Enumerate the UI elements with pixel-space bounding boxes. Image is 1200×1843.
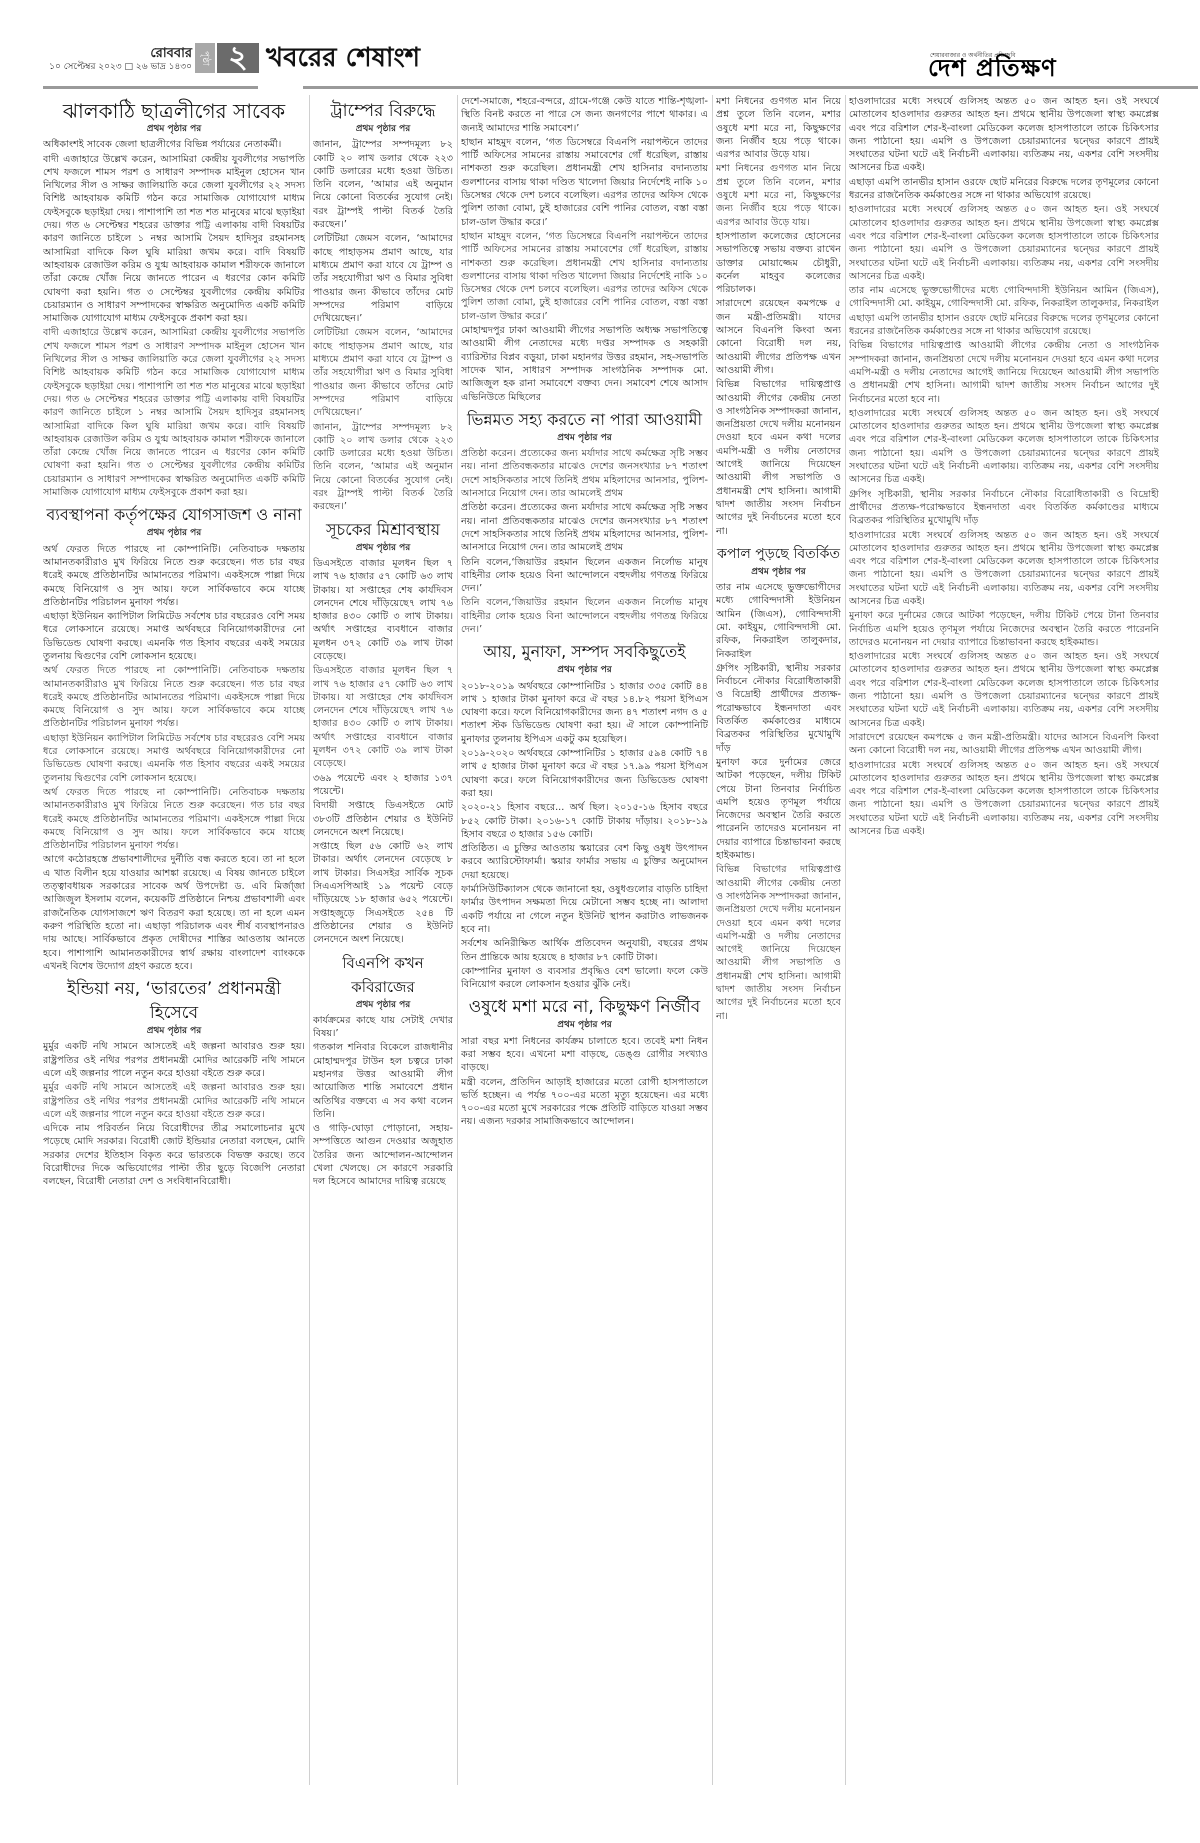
paragraph: হাওলাদারের মধ্যে সংঘর্ষে গুলিসহ অন্তত ৫০… <box>849 529 1159 609</box>
article-bnp: বিএনপি কখন কবিরাজের প্রথম পৃষ্ঠার পর কার… <box>313 951 453 1189</box>
article-byabosthapona: ব্যবস্থাপনা কর্তৃপক্ষের যোগসাজশ ও নানা প… <box>43 503 305 973</box>
paragraph: বিভিন্ন বিভাগের দায়িত্বপ্রাপ্ত আওয়ামী … <box>849 339 1159 405</box>
paragraph: আগে কঠোরহস্তে প্রভাবশালীদের দুর্নীতি বন্… <box>43 853 305 973</box>
continued-label: প্রথম পৃষ্ঠার পর <box>461 1019 708 1032</box>
paragraph: এদিকে নাম পরিবর্তন নিয়ে বিরোধীদের তীব্র… <box>43 1122 305 1188</box>
paragraph: হাওলাদারের মধ্যে সংঘর্ষে গুলিসহ অন্তত ৫০… <box>849 759 1159 839</box>
headline-trump: ট্রাম্পের বিরুদ্ধে <box>313 99 453 123</box>
paragraph: তিনি বলেন,‘জিয়াউর রহমান ছিলেন একজন নির্… <box>461 556 708 596</box>
continued-label: প্রথম পৃষ্ঠার পর <box>313 999 453 1012</box>
paragraph: মুনাফা করে দুর্নামের জেরে আটকা পড়েছেন, … <box>716 756 841 862</box>
header-rule-right <box>303 86 1198 89</box>
article-aay: আয়, মুনাফা, সম্পদ সবকিছুতেই প্রথম পৃষ্ঠ… <box>461 640 708 991</box>
column-divider <box>712 95 713 1785</box>
column-two: ট্রাম্পের বিরুদ্ধে প্রথম পৃষ্ঠার পর জানা… <box>313 95 453 1795</box>
paragraph: ২০২০-২১ হিসাব বছরে... অর্থ ছিল। ২০১৫-১৬ … <box>461 801 708 841</box>
headline-byabosthapona: ব্যবস্থাপনা কর্তৃপক্ষের যোগসাজশ ও নানা <box>43 503 305 527</box>
paragraph: হাওলাদারের মধ্যে সংঘর্ষে গুলিসহ অন্তত ৫০… <box>849 407 1159 487</box>
continued-label: প্রথম পৃষ্ঠার পর <box>313 123 453 136</box>
paragraph: গ্রুপিং সৃষ্টিকারী, স্থানীয় সরকার নির্ব… <box>716 662 841 755</box>
paragraph: হাওলাদারের মধ্যে সংঘর্ষে গুলিসহ অন্তত ৫০… <box>849 203 1159 283</box>
paragraph: ও গাড়ি-ঘোড়া পোড়ানো, সহায়-সম্পত্তিতে … <box>313 1122 453 1188</box>
column-three: দেশে-সমাজে, শহরে-বন্দরে, গ্রামে-গঞ্জে কে… <box>461 95 708 1795</box>
paragraph: অর্থ ফেরত দিতে পারছে না কোম্পানিটি। নেতি… <box>43 664 305 730</box>
paragraph: মশা নিধনের গুণগত মান নিয়ে প্রশ্ন তুলে ত… <box>716 162 841 228</box>
headline-aay: আয়, মুনাফা, সম্পদ সবকিছুতেই <box>461 640 708 664</box>
paragraph: হাসপাতাল কলেজের হোসেনের সভাপতিত্বে সভায়… <box>716 230 841 296</box>
column-four: মশা নিধনের গুণগত মান নিয়ে প্রশ্ন তুলে ত… <box>716 95 841 1795</box>
paragraph: গ্রুপিং সৃষ্টিকারী, স্থানীয় সরকার নির্ব… <box>849 488 1159 528</box>
paragraph: বিভিন্ন বিভাগের দায়িত্বপ্রাপ্ত আওয়ামী … <box>716 863 841 1023</box>
column-divider <box>457 95 458 1785</box>
column-right: হাওলাদারের মধ্যে সংঘর্ষে গুলিসহ অন্তত ৫০… <box>849 95 1159 1795</box>
paragraph: দেশে-সমাজে, শহরে-বন্দরে, গ্রামে-গঞ্জে কে… <box>461 95 708 135</box>
page-label: পৃষ্ঠা <box>195 43 215 73</box>
paragraph: এছাড়া ইউনিয়ন ক্যাপিটাল লিমিটেড সর্বশেষ… <box>43 732 305 785</box>
paragraph: মন্ত্রী বলেন, প্রতিদিন আড়াই হাজারের মতো… <box>461 1076 708 1129</box>
paragraph: তার নাম এসেছে ভুক্তভোগীদের মধ্যে গোবিন্দ… <box>849 284 1159 311</box>
article-suchok: সূচকের মিশ্রাবস্থায় প্রথম পৃষ্ঠার পর ডি… <box>313 518 453 947</box>
paragraph: প্রতিষ্ঠা করেন। প্রত্যেকের জন্য মর্যাদার… <box>461 501 708 554</box>
continued-label: প্রথম পৃষ্ঠার পর <box>313 542 453 555</box>
paragraph: বিভিন্ন বিভাগের দায়িত্বপ্রাপ্ত আওয়ামী … <box>716 378 841 538</box>
paragraph: মশা নিধনের গুণগত মান নিয়ে প্রশ্ন তুলে ত… <box>716 95 841 161</box>
paragraph: ডিএসইতে বাজার মূলধন ছিল ৭ লাখ ৭৬ হাজার ৫… <box>313 557 453 663</box>
paragraph: হাওলাদারের মধ্যে সংঘর্ষে গুলিসহ অন্তত ৫০… <box>849 95 1159 175</box>
article-koppal: কপাল পুড়ছে বিতর্কিত প্রথম পৃষ্ঠার পর তা… <box>716 542 841 1023</box>
paragraph: জানান, ট্রাম্পের সম্পদমূল্য ৮২ কোটি ২০ ল… <box>313 421 453 514</box>
article-india: ইন্ডিয়া নয়, ‘ভারতের’ প্রধানমন্ত্রী হিস… <box>43 977 305 1189</box>
paragraph: বাদী এজাহারে উল্লেখ করেন, আসামিরা কেন্দ্… <box>43 326 305 499</box>
headline-jhalokathi: ঝালকাঠি ছাত্রলীগের সাবেক <box>43 99 305 123</box>
paragraph: কোম্পানির মুনাফা ও ব্যবসার প্রবৃদ্ধিও বে… <box>461 965 708 992</box>
paragraph: লেটিটিয়া জেমস বলেন, ‘আমাদের কাছে পাহাড়… <box>313 232 453 325</box>
article-oshudhe: ওষুধে মশা মরে না, কিছুক্ষণ নির্জীব প্রথম… <box>461 995 708 1128</box>
paragraph: হাওলাদারের মধ্যে সংঘর্ষে গুলিসহ অন্তত ৫০… <box>849 650 1159 730</box>
headline-bhinnomot: ভিন্নমত সহ্য করতে না পারা আওয়ামী <box>461 408 708 432</box>
paragraph: হাছান মাহমুদ বলেন, ‘গত ডিসেম্বরে বিএনপি … <box>461 136 708 229</box>
paragraph: ২০১৯-২০২০ অর্থবছরে কোম্পানিটির ১ হাজার ৫… <box>461 747 708 800</box>
newspaper-logo: দেশ প্রতিক্ষণ <box>928 56 1057 80</box>
continued-label: প্রথম পৃষ্ঠার পর <box>461 664 708 677</box>
paragraph: অর্থ ফেরত দিতে পারছে না কোম্পানিটি। নেতি… <box>43 543 305 609</box>
paragraph: সপ্তাহে ছিল ৫৬ কোটি ৬২ লাখ টাকার। অর্থাৎ… <box>313 840 453 946</box>
paragraph: গতকাল শনিবার বিকেলে রাজধানীর মোহাম্মদপুর… <box>313 1041 453 1121</box>
paragraph: তার নাম এসেছে ভুক্তভোগীদের মধ্যে গোবিন্দ… <box>716 581 841 661</box>
paragraph: মুনাফা করে দুর্নামের জেরে আটকা পড়েছেন, … <box>849 609 1159 649</box>
continued-label: প্রথম পৃষ্ঠার পর <box>43 123 305 136</box>
continued-label: প্রথম পৃষ্ঠার পর <box>461 432 708 445</box>
paragraph: প্রতিষ্ঠা করেন। প্রত্যেকের জন্য মর্যাদার… <box>461 447 708 500</box>
paragraph: বাদী এজাহারে উল্লেখ করেন, আসামিরা কেন্দ্… <box>43 153 305 326</box>
headline-oshudhe: ওষুধে মশা মরে না, কিছুক্ষণ নির্জীব <box>461 995 708 1019</box>
column-left: ঝালকাঠি ছাত্রলীগের সাবেক প্রথম পৃষ্ঠার প… <box>43 95 305 1795</box>
headline-koppal: কপাল পুড়ছে বিতর্কিত <box>716 542 841 566</box>
paragraph: অর্থ ফেরত দিতে পারছে না কোম্পানিটি। নেতি… <box>43 786 305 852</box>
paragraph: মুর্মুর একটি নথি সামনে আসতেই এই জল্পনা আ… <box>43 1040 305 1080</box>
paragraph: ডিএসইতে বাজার মূলধন ছিল ৭ লাখ ৭৬ হাজার ৫… <box>313 664 453 770</box>
paragraph: মুর্মুর একটি নথি সামনে আসতেই এই জল্পনা আ… <box>43 1081 305 1121</box>
paragraph: তিনি বলেন,‘জিয়াউর রহমান ছিলেন একজন নির্… <box>461 596 708 636</box>
header-rule-left <box>43 86 258 89</box>
paragraph: এছাড়া ইউনিয়ন ক্যাপিটাল লিমিটেড সর্বশেষ… <box>43 610 305 663</box>
paragraph: প্রতিষ্ঠিত। এ চুক্তির আওতায় স্কয়ারের ব… <box>461 842 708 882</box>
masthead: রোববার ১০ সেপ্টেম্বর ২০২৩ □ ২৬ ভাদ্র ১৪৩… <box>0 0 1200 72</box>
paragraph: মোহাম্মদপুর ঢাকা আওয়ামী লীগের সভাপতি অধ… <box>461 324 708 404</box>
paragraph: বিদায়ী সপ্তাহে ডিএসইতে মোট ৩৮৩টি প্রতিষ… <box>313 799 453 839</box>
continued-label: প্রথম পৃষ্ঠার পর <box>716 566 841 579</box>
article-trump: ট্রাম্পের বিরুদ্ধে প্রথম পৃষ্ঠার পর জানা… <box>313 99 453 514</box>
paragraph: জানান, ট্রাম্পের সম্পদমূল্য ৮২ কোটি ২০ ল… <box>313 138 453 231</box>
paragraph: সারাদেশে রয়েছেন কমপক্ষে ৫ জন মন্ত্রী-প্… <box>716 297 841 377</box>
paragraph: ৩৬৯ পয়েন্টে এবং ২ হাজার ১৩৭ পয়েন্টে। <box>313 772 453 799</box>
article-jhalokathi: ঝালকাঠি ছাত্রলীগের সাবেক প্রথম পৃষ্ঠার প… <box>43 99 305 499</box>
continued-label: প্রথম পৃষ্ঠার পর <box>43 527 305 540</box>
paragraph: এছাড়া এমপি তানভীর হাসান ওরফে ছোট মনিরের… <box>849 312 1159 339</box>
headline-suchok: সূচকের মিশ্রাবস্থায় <box>313 518 453 542</box>
paragraph: এছাড়া এমপি তানভীর হাসান ওরফে ছোট মনিরের… <box>849 176 1159 203</box>
paragraph: কার্যক্রমের কাছে যায় সেটাই দেখার বিষয়।… <box>313 1014 453 1041</box>
paragraph: সারা বছর মশা নিধনের কার্যক্রম চালাতে হবে… <box>461 1035 708 1075</box>
article-bhinnomot: ভিন্নমত সহ্য করতে না পারা আওয়ামী প্রথম … <box>461 408 708 636</box>
column-divider <box>309 95 310 1785</box>
page-number: ২ <box>217 43 259 73</box>
continued-label: প্রথম পৃষ্ঠার পর <box>43 1025 305 1038</box>
paragraph: সারাদেশে রয়েছেন কমপক্ষে ৫ জন মন্ত্রী-প্… <box>849 731 1159 758</box>
issue-date: ১০ সেপ্টেম্বর ২০২৩ □ ২৬ ভাদ্র ১৪৩০ <box>49 59 192 74</box>
headline-bnp: বিএনপি কখন কবিরাজের <box>313 951 453 999</box>
paragraph: ফার্মাসিউটিক্যালস থেকে জানানো হয়, ওষুধগ… <box>461 883 708 936</box>
section-title: খবরের শেষাংশ <box>266 44 420 72</box>
paragraph: হাছান মাহমুদ বলেন, ‘গত ডিসেম্বরে বিএনপি … <box>461 230 708 323</box>
headline-india: ইন্ডিয়া নয়, ‘ভারতের’ প্রধানমন্ত্রী হিস… <box>43 977 305 1025</box>
paragraph: সর্বশেষ অনিরীক্ষিত আর্থিক প্রতিবেদন অনুয… <box>461 937 708 964</box>
column-divider <box>845 95 846 1785</box>
paragraph: অধিকাংশই সাবেক জেলা ছাত্রলীগের বিভিন্ন প… <box>43 138 305 151</box>
paragraph: লেটিটিয়া জেমস বলেন, ‘আমাদের কাছে পাহাড়… <box>313 326 453 419</box>
paragraph: ২০১৮-২০১৯ অর্থবছরে কোম্পানিটির ১ হাজার ৩… <box>461 680 708 746</box>
